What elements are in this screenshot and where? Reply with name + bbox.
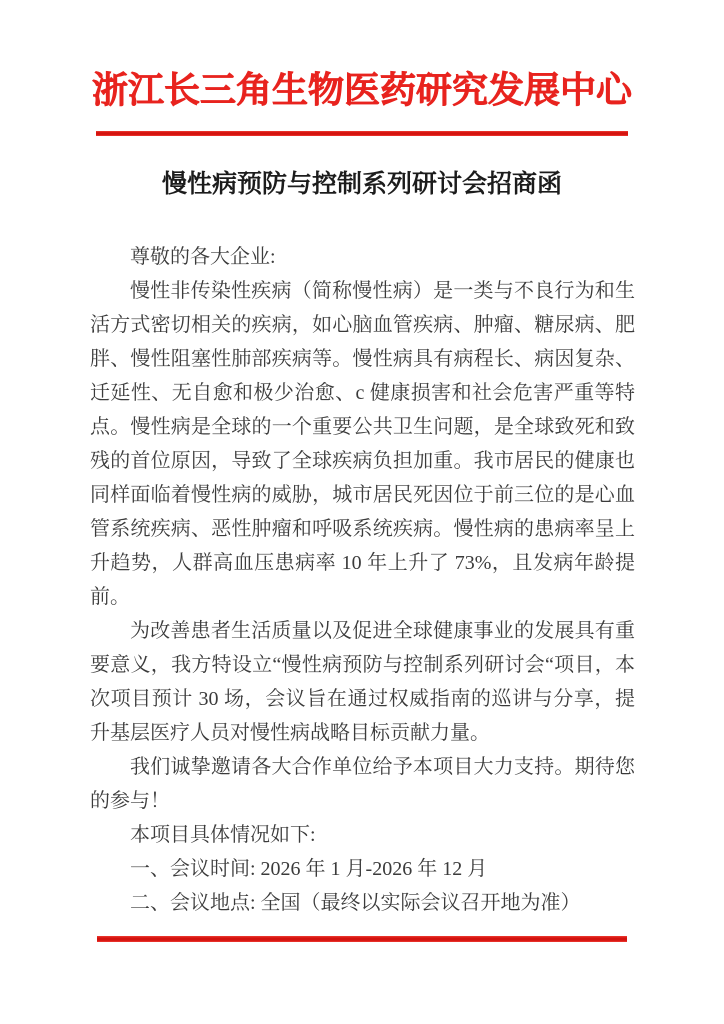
paragraph-details-lead: 本项目具体情况如下: [90, 818, 635, 852]
detail-meeting-time: 一、会议时间: 2026 年 1 月-2026 年 12 月 [90, 852, 635, 886]
letterhead-org-name: 浙江长三角生物医药研究发展中心 [0, 68, 724, 112]
document-title: 慢性病预防与控制系列研讨会招商函 [0, 169, 724, 201]
paragraph-invitation: 我们诚挚邀请各大合作单位给予本项目大力支持。期待您的参与！ [90, 750, 635, 818]
detail-meeting-location: 二、会议地点: 全国（最终以实际会议召开地为准） [90, 886, 635, 920]
paragraph-intro: 慢性非传染性疾病（简称慢性病）是一类与不良行为和生活方式密切相关的疾病，如心脑血… [90, 274, 635, 614]
footer-rule [97, 936, 627, 942]
paragraph-project: 为改善患者生活质量以及促进全球健康事业的发展具有重要意义，我方特设立“慢性病预防… [90, 614, 635, 750]
salutation: 尊敬的各大企业: [90, 240, 635, 274]
letterhead-rule [96, 131, 628, 136]
document-body: 尊敬的各大企业: 慢性非传染性疾病（简称慢性病）是一类与不良行为和生活方式密切相… [0, 240, 724, 920]
document-page: 浙江长三角生物医药研究发展中心 慢性病预防与控制系列研讨会招商函 尊敬的各大企业… [0, 0, 724, 1024]
